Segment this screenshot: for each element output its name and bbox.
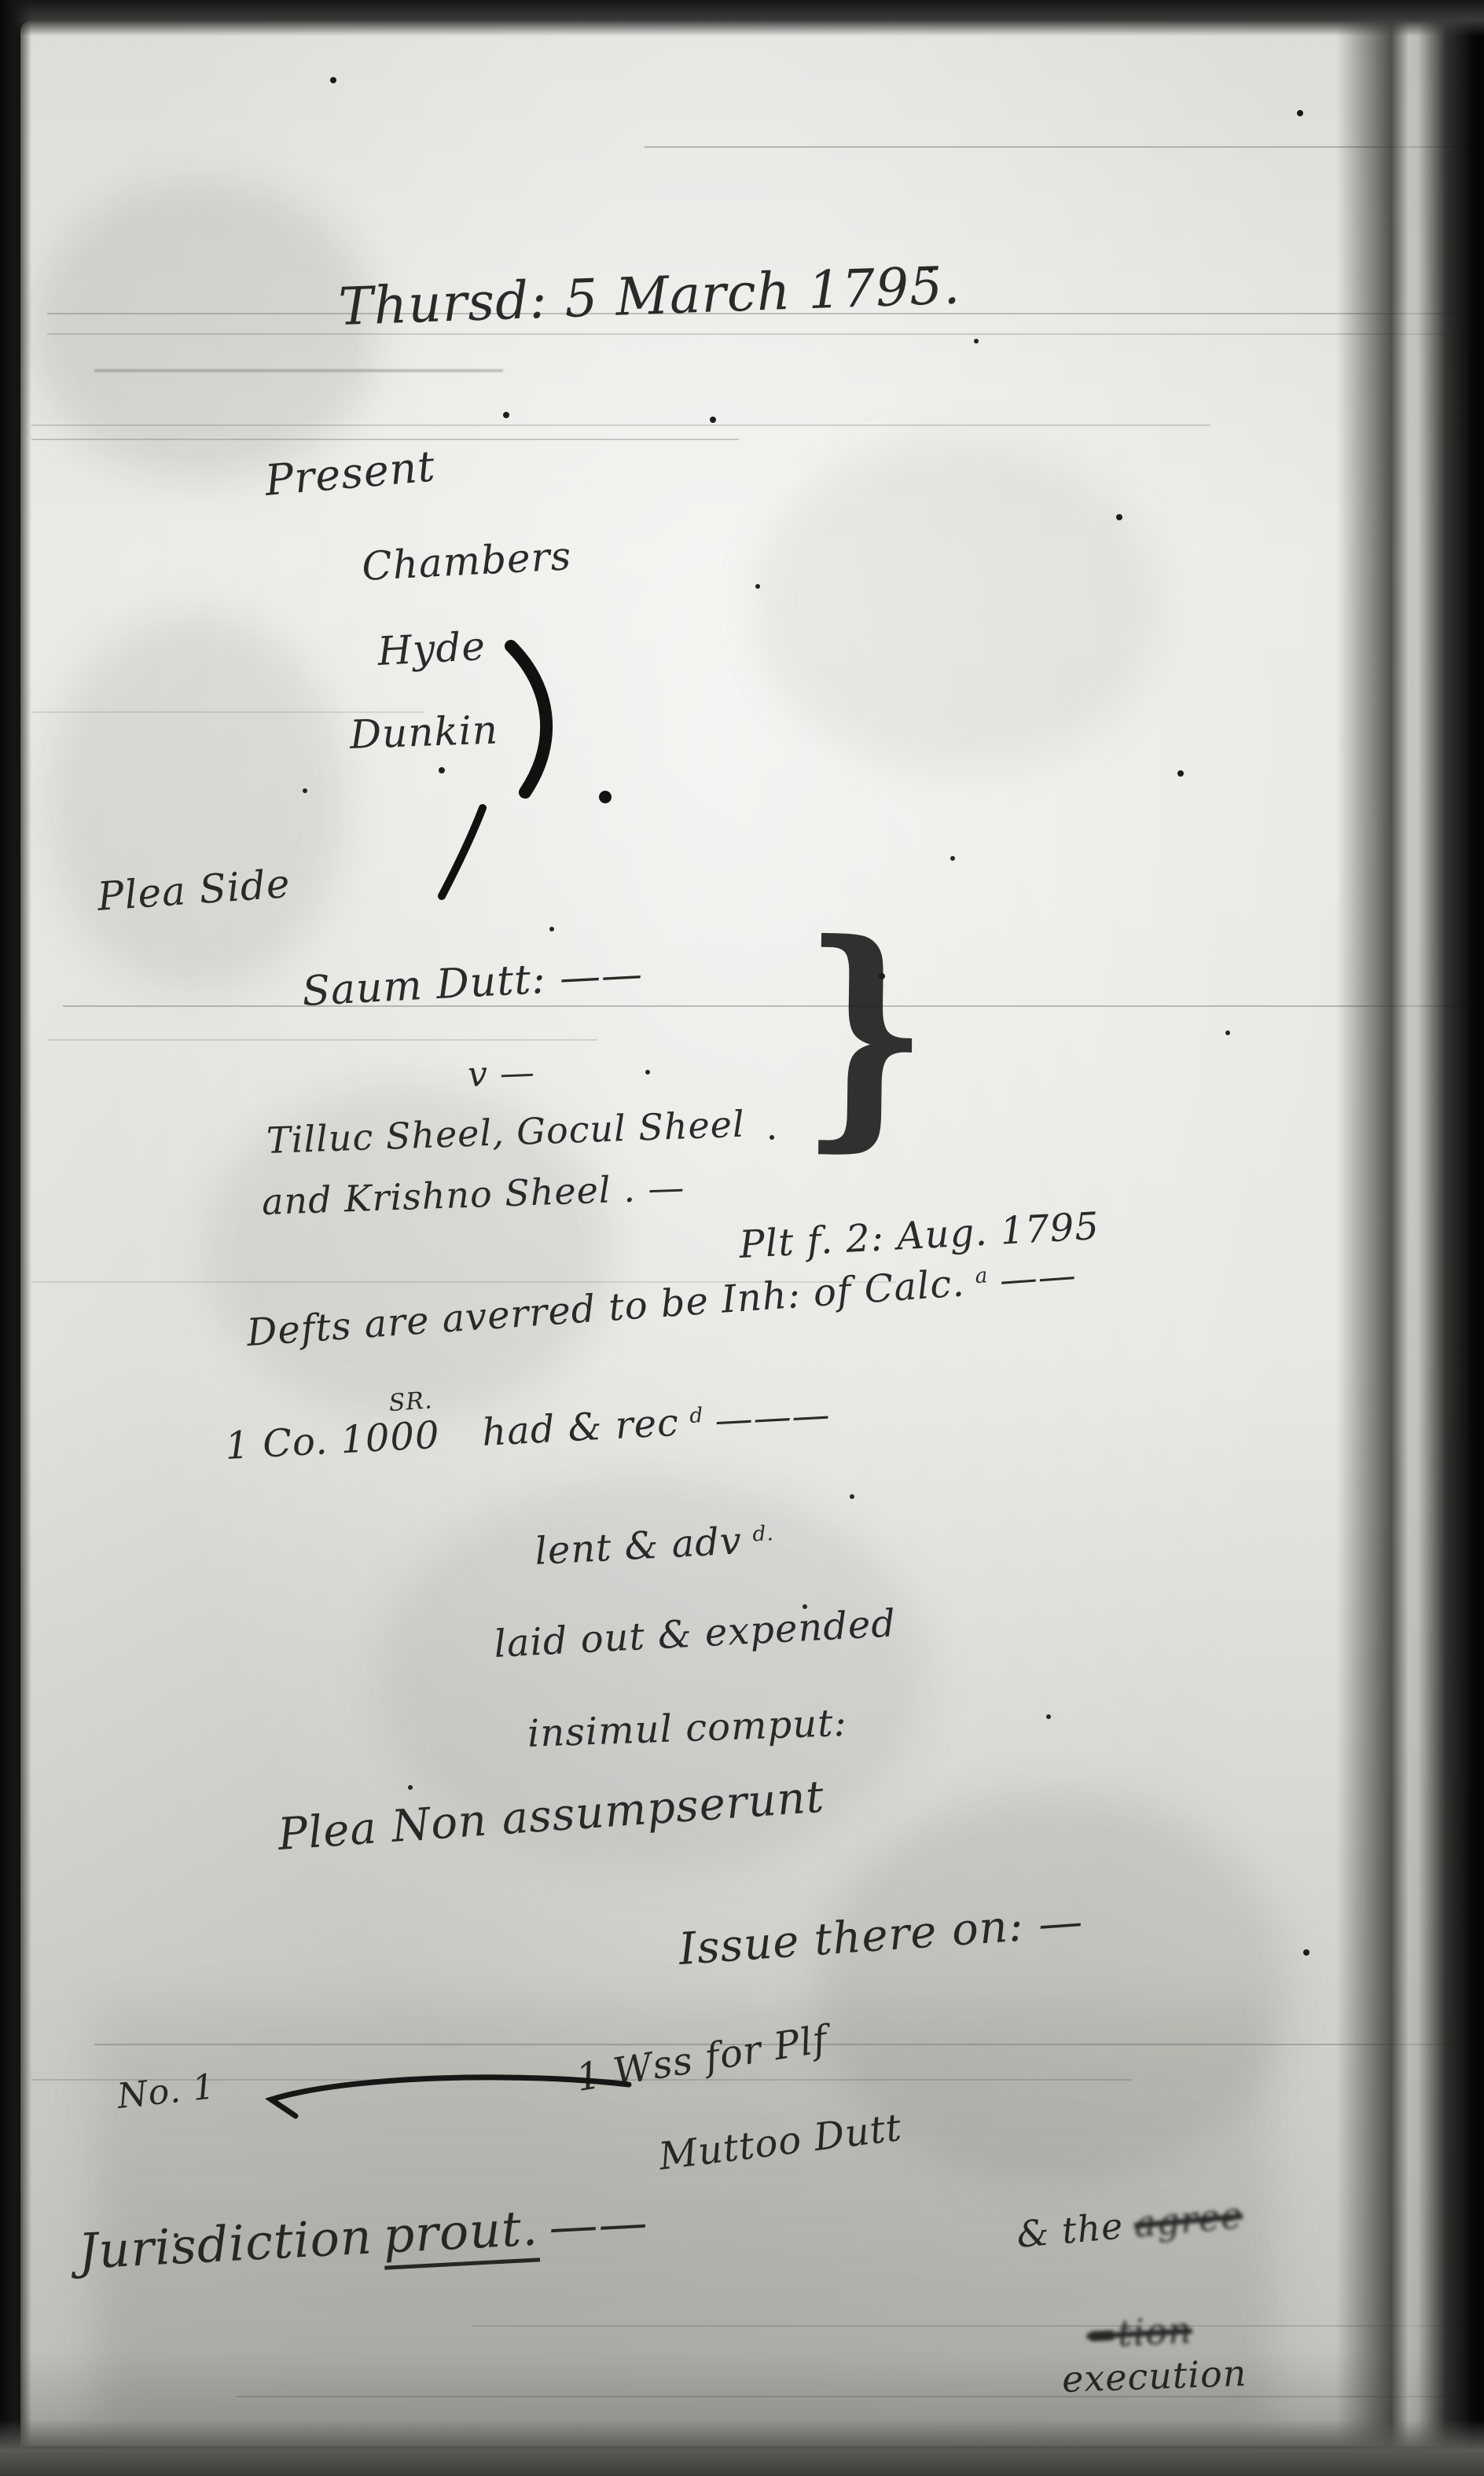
manuscript-scan: Thursd: 5 March 1795. Present Chambers H… [0, 0, 1484, 2476]
count1-dash: ——— [714, 1393, 832, 1443]
scribbled-word-2: =tion [1085, 2309, 1193, 2357]
averment-dash: —— [998, 1253, 1078, 1302]
count1-currency-superscript: SR. [388, 1387, 434, 1417]
jurisdiction-prout-underlined: prout. [382, 2199, 540, 2269]
averment-superscript: a [975, 1264, 990, 1289]
ink-specks [0, 0, 3, 3]
count1-superscript: d [689, 1404, 705, 1429]
case-brace: } [800, 889, 931, 1174]
judge-name-dunkin: Dunkin [349, 707, 499, 758]
count2-superscript: d. [752, 1522, 775, 1547]
versus-mark: v — [467, 1052, 536, 1095]
execution-word: execution [1061, 2352, 1247, 2401]
jurisdiction-dash: —— [548, 2193, 650, 2255]
judge-name-hyde: Hyde [377, 623, 487, 674]
